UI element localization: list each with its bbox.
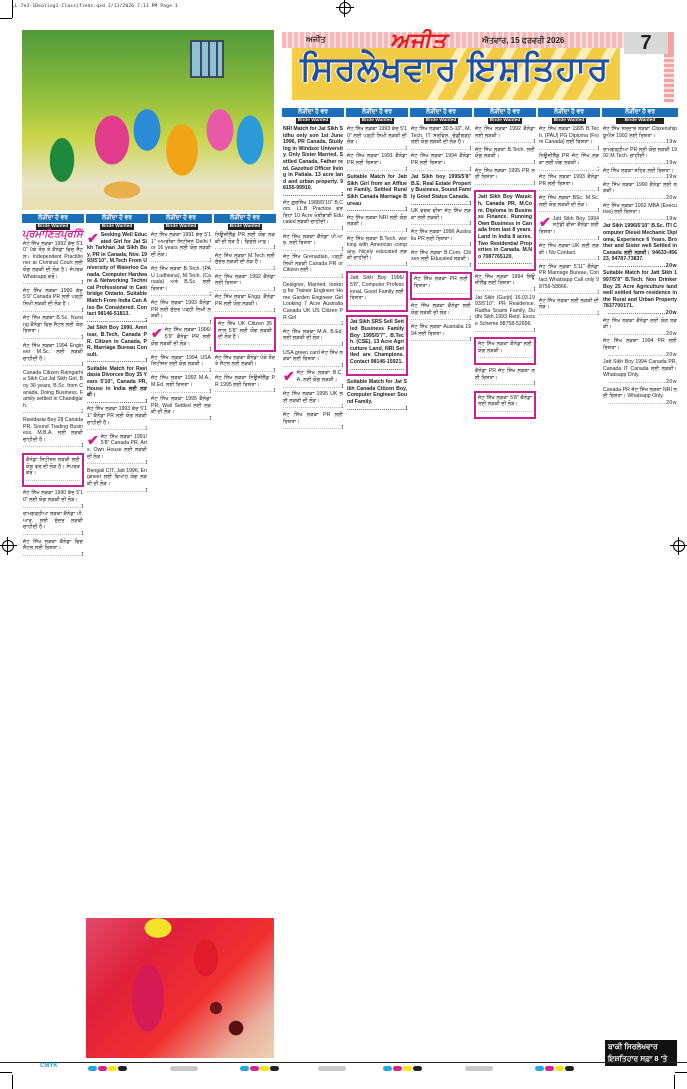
crop-mark <box>12 0 13 18</box>
ad-text: ਜੱਟ ਸਿੱਖ ਲੜਕਾ 1991 ਕੈਨੇਡਾ PR ਲਈ ਰਿਸ਼ਤਾ। <box>347 153 407 166</box>
classified-ad: ਜੱਟ ਸਿੱਖ ਲੜਕਾ B.Tech. (PAU Ludhiana), M.… <box>150 266 212 299</box>
ad-text: ਰਾਮਗੜ੍ਹੀਆ ਲੜਕਾ ਕੈਨੇਡਾ ਪੀ.ਆਰ. ਲਈ ਸੁੰਦਰ ਲੜ… <box>23 511 83 530</box>
color-bar <box>88 1066 127 1072</box>
ad-code: ..............................18w <box>87 460 147 467</box>
checkmark-icon: ✔ <box>151 327 163 339</box>
ad-column: ਲੋੜੀਂਦਾ ਹੈ ਵਰBride Wantedਪ੍ਰਮਾਣਿਤਪ੍ਰਸਿੱਧ… <box>22 214 84 1054</box>
grey-bar <box>318 1066 346 1071</box>
column-subheader: Bride Wanted <box>228 224 262 230</box>
ad-text: ਜੱਟ ਸਿੱਖ ਲੜਕਾ 1994 PR ਲਈ ਰਿਸ਼ਤਾ। <box>603 338 677 351</box>
classified-ad: ਜੱਟ ਸਿੱਖ ਲੜਕਾ 1996 Australia PR ਲਈ ਰਿਸ਼ਤ… <box>410 229 472 249</box>
classified-ad: ਜੱਟ ਸਿੱਖ ਲੜਕਾ 1994 ਕੈਨੇਡਾ PR ਲਈ ਰਿਸ਼ਤਾ।.… <box>410 153 472 173</box>
crop-mark <box>674 1075 675 1089</box>
boxed-classified-ad: ਜੱਟ ਸਿੱਖ ਲੜਕਾ 5'8" ਕੈਨੇਡਾ ਲਈ ਲੜਕੀ ਦੀ ਲੋੜ… <box>474 391 536 419</box>
ad-code: ..............................17w <box>539 256 599 263</box>
ad-code: ..............................19w <box>215 388 275 395</box>
checkmark-icon: ✔ <box>539 216 551 228</box>
classified-ad: ਜੱਟ ਸਿੱਖ ਲੜਕਾ ਸ਼ਹਿਰ ਲਈ ਰਿਸ਼ਤਾ।..........… <box>602 168 678 181</box>
ad-text: Canada Citizen Ramgarhia Sikh Cut Jat Si… <box>23 370 83 409</box>
ad-text: ਜੱਟ ਸਿੱਖ ਲੜਕਾ 5'8" ਕੈਨੇਡਾ ਲਈ ਲੜਕੀ ਦੀ ਲੋੜ… <box>478 395 532 408</box>
ad-code: ..............................20w <box>215 266 275 273</box>
registration-mark-icon <box>2 540 14 552</box>
ad-text: Suitable Match for Jatt Sikh 1997/5'9" B… <box>603 270 677 309</box>
ad-text: ਕੈਨੇਡਾ ਸਿਟੀਜ਼ਨ ਲੜਕੀ ਲਈ ਯੋਗ ਵਰ ਦੀ ਲੋੜ ਹੈ।… <box>26 457 80 476</box>
ad-text: Suitable Match for Ravidasia Divorcee Bo… <box>87 366 147 398</box>
boxed-classified-ad: ਜੱਟ ਸਿੱਖ UK Citizen 35 ਸਾਲ 5'8" ਲਈ ਯੋਗ ਲ… <box>214 317 276 351</box>
ad-text: USA green card ਜੱਟ ਸਿੱਖ ਲੜਕਾ ਲਈ ਰਿਸ਼ਤਾ। <box>283 350 343 363</box>
classified-ad: ਜੱਟ ਸਿੱਖ ਲੜਕਾ 1993 ਕੱਦ 5'11" ਕੈਨੇਡਾ PR ਲ… <box>86 406 148 432</box>
ad-code: ..............................21w <box>350 366 404 373</box>
ad-text: ਜੱਟ ਸਿੱਖ ਲੜਕਾ 1991 ਕੱਦ 5'11" ਅਮਰੀਕਾ ਸਿਟੀ… <box>151 232 211 258</box>
classified-ad: ਜੱਟ ਸਿੱਖ ਲੜਕਾ 1994 USA ਸਿਟੀਜ਼ਨ ਲਈ ਯੋਗ ਲੜ… <box>150 355 212 375</box>
ad-text: ਜੱਟ ਸਿੱਖ ਲੜਕਾ 1992 MBA (Executive) ਲਈ ਰਿ… <box>603 203 677 216</box>
ad-text: ਜੱਟ ਸਿੱਖ ਲੜਕਾ 1993 ਕੈਨੇਡਾ PR ਲਈ ਸੁੰਦਰ ਪੜ… <box>151 300 211 319</box>
ad-code: ..............................20w <box>283 274 343 281</box>
ad-text: ਜੱਟ ਸਿੱਖ ਲੜਕਾ Australia 1994 ਲਈ ਰਿਸ਼ਤਾ। <box>411 324 471 337</box>
ad-text: ਜੱਟ ਸਿੱਖ ਲੜਕਾ 1992 ਕੈਨੇਡਾ ਲਈ ਰਿਸ਼ਤਾ। <box>215 274 275 287</box>
ad-code: ..............................20w <box>283 192 343 199</box>
registration-mark-icon <box>339 2 351 14</box>
classified-ad: ✔ਜੱਟ ਸਿੱਖ ਲੜਕਾ 1996/5'9" ਕੈਨੇਡਾ PR ਲਈ ਯੋ… <box>150 327 212 353</box>
classified-ad: Bengali CIT, Jatt 1996, Engineer ਲਈ ਵਿਆਹ… <box>86 468 148 494</box>
boxed-classified-ad: Jatt Sikh Boy 1996/5'8", Computer Profes… <box>346 271 408 312</box>
classified-ad: ਜੱਟ ਸਿੱਖ ਲੜਕਾ 1994 Engineer M.Sc. ਲਈ ਲੜਕ… <box>22 343 84 369</box>
ad-code: ..............................19w <box>87 399 147 406</box>
ad-code: ..............................19w <box>151 320 211 327</box>
ad-text: Ravidasia Boy 28 Canada PR, Sound Tradin… <box>23 417 83 443</box>
ad-text: ਜੱਟ ਸਿੱਖ ਲੜਕਾ NRI ਲਈ ਯੋਗ ਲੜਕੀ। <box>347 215 407 228</box>
classified-ad: ਜੱਟ ਸਿੱਖ ਲੜਕਾ 1994 ਨਿਊਜ਼ੀਲੈਂਡ ਲਈ ਰਿਸ਼ਤਾ।… <box>474 274 536 294</box>
checkmark-icon: ✔ <box>283 370 295 382</box>
classified-ad: ਜੱਟ ਸਿੱਖ ਲੜਕਾ B.Tech. working with Ameri… <box>346 236 408 269</box>
ad-text: ਜੱਟ ਸਿੱਖ UK Citizen 35 ਸਾਲ 5'8" ਲਈ ਯੋਗ ਲ… <box>218 321 272 340</box>
ad-code: ..............................19w <box>283 425 343 432</box>
classified-ad: Designer, Married, looking for Trainer E… <box>282 282 344 328</box>
ad-text: ਜੱਟ ਸਿੱਖ ਲੜਕਾ 1995 PR ਲਈ ਰਿਸ਼ਤਾ। <box>475 168 535 181</box>
ad-text: ਜੱਟ ਸਿੱਖ ਲੜਕਾ 1990 ਕੱਦ 5'10" ਲਈ ਯੋਗ ਲੜਕੀ… <box>23 490 83 503</box>
ad-text: ਜੱਟ ਸਿੱਖ ਲੜਕਾ ਕੈਨੇਡਾ ਪੱਕੇ ਤੌਰ ਤੇ ਸੈਟਲ ਲਈ… <box>215 355 275 368</box>
bottom-photo-wedding-bangles <box>86 918 274 1058</box>
ad-text: ਜੱਟ ਸਿੱਖ ਲੜਕਾ B.Tech. ਲਈ ਯੋਗ ਲੜਕੀ। <box>475 147 535 160</box>
ad-code: ..............................19w <box>283 247 343 254</box>
classified-ad: ਜੱਟ ਸਿੱਖ ਲੜਕਾ ਲਈ ਲੜਕੀ ਦੀ ਲੋੜ।...........… <box>538 298 600 318</box>
boxed-classified-ad: Jat Sikh SRS Sell Settled Business Famil… <box>346 315 408 376</box>
ad-text: Jatt Sikh Boy Waraich, Canada PR, M.Com.… <box>478 194 532 259</box>
checkmark-icon: ✔ <box>87 232 99 244</box>
classified-ad: Suitable Match for Jat Sikh Canada Citiz… <box>346 379 408 412</box>
classified-ad: ਜੱਟ ਸਿੱਖ ਲੜਕਾ 1991 ਕੈਨੇਡਾ PR ਲਈ ਰਿਸ਼ਤਾ।.… <box>346 153 408 173</box>
classified-ad: Canada Citizen Ramgarhia Sikh Cut Jat Si… <box>22 370 84 416</box>
ad-text: ਜੱਟ ਸਿੱਖ ਲੜਕਾ ਕੈਨੇਡਾ ਵਿਚ ਸੈਟਲ ਲਈ ਰਿਸ਼ਤਾ। <box>23 539 83 552</box>
section-header: ਅਜੀਤ ਅਜੀਤ ਐਤਵਾਰ, 15 ਫਰਵਰੀ 2026 7 ਸਿਰਲੇਖਵ… <box>282 32 678 102</box>
ad-code: ..............................19w <box>603 174 677 181</box>
classified-ad: ਜੱਟ ਸਿੱਖ ਲੜਕਾ 1993 ਕੈਨੇਡਾ PR ਲਈ ਰਿਸ਼ਤਾ।.… <box>538 174 600 194</box>
classified-ad: Jatt Sikh Boy 1994 Canada PR, Canada IT … <box>602 359 678 385</box>
ad-code: ..............................21w <box>283 404 343 411</box>
classified-ad: ਜੱਟ ਸਿੱਖ ਲੜਕਾ 1995 B.Tech. (PAU) PG Dipl… <box>538 126 600 152</box>
ad-column: ਲੋੜੀਂਦਾ ਹੈ ਵਰBride Wantedਜੱਟ ਸਿੱਖ ਸਰਦਾਰ … <box>602 108 678 1038</box>
classified-ad: ✔Jatt Sikh Boy 1994 ਸਟੱਡੀ ਵੀਜ਼ਾ ਕੈਨੇਡਾ ਲ… <box>538 216 600 242</box>
classified-ad: ਜੱਟ ਸਿੱਖ ਲੜਕਾ 1992 ਕੈਨੇਡਾ ਲਈ ਰਿਸ਼ਤਾ।....… <box>214 274 276 294</box>
ad-text: Bengali CIT, Jatt 1996, Engineer ਲਈ ਵਿਆਹ… <box>87 468 147 487</box>
ad-text: ਜੱਟ ਸਿੱਖ ਲੜਕਾ 1996 Australia PR ਲਈ ਰਿਸ਼ਤ… <box>411 229 471 242</box>
ad-code: ..............................20w <box>151 368 211 375</box>
ad-text: ਜੱਟ ਸਿੱਖ ਲੜਕਾ ਕੈਨੇਡਾ ਪੀ.ਆਰ. ਲਈ ਰਿਸ਼ਤਾ। <box>283 234 343 247</box>
ad-text: ਜੱਟ ਸਿੱਖ ਲੜਕਾ B.C.A. ਲਈ ਯੋਗ ਲੜਕੀ। <box>297 370 343 383</box>
classified-ad: ਜੱਟ ਸਿੱਖ ਸਰਦਾਰ ਲੜਕਾ Citizenship ਯੂਐਸ 199… <box>602 126 678 146</box>
classified-ad: ਜੱਟ ਸਿੱਖ ਲੜਕਾ ਕੈਨੇਡਾ ਲਈ ਯੋਗ ਲੜਕੀ ਦੀ ਲੋੜ।… <box>410 303 472 323</box>
ad-column: ਲੋੜੀਂਦਾ ਹੈ ਵਰBride Wantedਨਿਊਜ਼ੀਲੈਂਡ PR ਲ… <box>214 214 276 914</box>
column-header: ਲੋੜੀਂਦਾ ਹੈ ਵਰ <box>282 108 344 117</box>
paper-label: ਅਜੀਤ <box>306 35 326 45</box>
classified-ad: ਜੱਟ ਸਿੱਖ ਲੜਕਾ BSc. M.Sc. ਲਈ ਯੋਗ ਲੜਕੀ ਦੀ … <box>538 195 600 215</box>
ad-code: ..............................20w <box>603 400 677 407</box>
color-bar <box>383 1066 422 1072</box>
ad-code: ..............................19w <box>539 146 599 153</box>
ad-column: ਲੋੜੀਂਦਾ ਹੈ ਵਰBride Wantedਜੱਟ ਸਿੱਖ ਲੜਕਾ 1… <box>538 108 600 1058</box>
column-header: ਲੋੜੀਂਦਾ ਹੈ ਵਰ <box>86 214 148 223</box>
ad-text: Jat Sikh Boy 1990, Amritsar, B.Tech, Can… <box>87 325 147 357</box>
column-header: ਲੋੜੀਂਦਾ ਹੈ ਵਰ <box>474 108 536 117</box>
ad-code: ..............................19w <box>218 341 272 348</box>
ad-code: ..............................19w <box>478 408 532 415</box>
ad-code: ..............................21w <box>350 302 404 309</box>
ad-text: ਜੱਟ ਸਿੱਖ ਲੜਕਾ 1994 Engineer M.Sc. ਲਈ ਲੜਕ… <box>23 343 83 362</box>
ad-code: ..............................19w <box>347 228 407 235</box>
classified-ad: ਜੱਟ ਸਿੱਖ ਲੜਕਾ ਕੈਨੇਡਾ ਲਈ ਯੋਗ ਲੜਕੀ।.......… <box>602 318 678 338</box>
ad-code: ..............................21w <box>151 258 211 265</box>
ad-text: Jatt Sikh Boy 1994 Canada PR, Canada IT … <box>603 359 677 378</box>
column-subheader: Bride Wanted <box>616 118 664 124</box>
ad-column: ਲੋੜੀਂਦਾ ਹੈ ਵਰBride WantedNRI Match for J… <box>282 108 344 1058</box>
classified-ad: ਜੱਟ ਸਿੱਖ ਲੜਕਾ UK ਲਈ ਲੜਕੀ। No Contact....… <box>538 243 600 263</box>
title-band: ਸਿਰਲੇਖਵਾਰ ਇਸ਼ਤਿਹਾਰ <box>292 48 620 100</box>
ad-text: ਜੱਟ ਸਿੱਖ ਲੜਕਾ ਕੈਨੇਡਾ ਲਈ ਯੋਗ ਲੜਕੀ ਦੀ ਲੋੜ। <box>411 303 471 316</box>
checkmark-icon: ✔ <box>87 434 99 446</box>
ad-code: ..............................17w <box>23 443 83 450</box>
ad-code: ..............................19w <box>411 146 471 153</box>
classified-ad: ਜੱਟ ਸਿੱਖ ਲੜਕਾ PR ਲਈ ਰਿਸ਼ਤਾ।.............… <box>282 412 344 432</box>
ad-text: ਜੱਟ ਸਿੱਖ ਸਰਦਾਰ ਲੜਕਾ Citizenship ਯੂਐਸ 199… <box>603 126 677 139</box>
classified-ad: NRI Match for Jat Sikh Sidhu only son 1s… <box>282 126 344 199</box>
classified-ad: ਜੱਟ ਸਿੱਖ ਲੜਕਾ 1994 PR ਲਈ ਰਿਸ਼ਤਾ।........… <box>602 338 678 358</box>
classified-ad: ਜੱਟ ਸਿੱਖ ਲੜਕਾ 1995 ਕੈਨੇਡਾ PR, Wall Settl… <box>150 396 212 422</box>
classified-ad: ਜੱਟ ਸਿੱਖ ਲੜਕਾ NRI ਲਈ ਯੋਗ ਲੜਕੀ।..........… <box>346 215 408 235</box>
classified-ad: Suitable Match for Ravidasia Divorcee Bo… <box>86 366 148 406</box>
ad-code: ..............................17w <box>23 280 83 287</box>
ad-text: ਜੱਟ ਸਿੱਖ ਲੜਕਾ PR ਲਈ ਰਿਸ਼ਤਾ। <box>414 276 468 289</box>
ad-text: NRI Match for Jat Sikh Sidhu only son 1s… <box>283 126 343 191</box>
boxed-classified-ad: ਜੱਟ ਸਿੱਖ ਲੜਕਾ ਕੈਨੇਡਾ ਲਈ ਯੋਗ ਲੜਕੀ।.......… <box>474 337 536 365</box>
column-header: ਲੋੜੀਂਦਾ ਹੈ ਵਰ <box>602 108 678 117</box>
ad-text: ਜੱਟ ਸਿੱਖ ਲੜਕਾ PR ਲਈ ਰਿਸ਼ਤਾ। <box>283 412 343 425</box>
classified-ad: ਜੱਟ ਸਿੱਖ ਲੜਕਾ 1990 ਕੱਦ 5'9" Canada PR ਲਈ… <box>22 288 84 314</box>
ad-text: Suitable Match for Jat Sikh Canada Citiz… <box>347 379 407 405</box>
classified-ad: ਜੱਟ ਸਿੱਖ ਲੜਕਾ Engg. ਕੈਨੇਡਾ PR ਲਈ ਯੋਗ ਲੜਕ… <box>214 294 276 314</box>
ad-code: ..............................19w <box>347 207 407 214</box>
ad-code: ..............................20w <box>603 331 677 338</box>
ad-code: ..............................17w <box>215 245 275 252</box>
ad-text: UK ਵਰਕ ਵੀਜ਼ਾ ਜੱਟ ਸਿੱਖ ਲੜਕਾ ਲਈ ਲੜਕੀ। <box>411 208 471 221</box>
ad-code: ..............................17w <box>411 201 471 208</box>
ad-code: ..............................19w <box>603 139 677 146</box>
ad-text: ਜੱਟ ਗੁਰਸਿੱਖ 1988/5'10" B.Com. LL.B Pract… <box>283 200 343 226</box>
classified-ad: ਜੱਟ ਸਿੱਖ ਲੜਕਾ ਨਿਊਜ਼ੀਲੈਂਡ PR 1995 ਲਈ ਰਿਸ਼… <box>214 375 276 395</box>
ad-code: ..............................19w <box>411 337 471 344</box>
classified-ad: ਜੱਟ ਗੁਰਸਿੱਖ 1988/5'10" B.Com. LL.B Pract… <box>282 200 344 233</box>
ad-text: ਜੱਟ ਸਿੱਖ ਲੜਕਾ 1995 B.Tech. (PAU) PG Dipl… <box>539 126 599 145</box>
ad-code: ..............................17w <box>283 384 343 391</box>
classified-ad: ਨਿਊਜ਼ੀਲੈਂਡ PR ਜੱਟ ਸਿੱਖ ਲੜਕਾ ਲਈ ਯੋਗ ਲੜਕੀ।… <box>538 153 600 173</box>
ad-text: ਜੱਟ ਸਿੱਖ ਲੜਕਾ 1992 M.A., M.Ed. ਲਈ ਰਿਸ਼ਤਾ… <box>151 375 211 388</box>
crop-mark <box>12 1075 13 1089</box>
ad-code: ..............................19w <box>411 263 471 270</box>
ad-text: ਜੱਟ ਸਿੱਖ ਲੜਕਾ ਲਈ ਲੜਕੀ ਦੀ ਲੋੜ। <box>539 298 599 311</box>
ad-code: ..............................19w <box>603 216 677 223</box>
ad-code: ..............................19w <box>411 167 471 174</box>
ad-text: ਜੱਟ ਸਿੱਖ ਲੜਕਾ 5'11" ਕੈਨੇਡਾ PR Marriage B… <box>539 264 599 290</box>
column-subheader: Bride Wanted <box>100 224 134 230</box>
ad-code: ..............................20w <box>478 260 532 267</box>
boxed-classified-ad: ਕੈਨੇਡਾ ਸਿਟੀਜ਼ਨ ਲੜਕੀ ਲਈ ਯੋਗ ਵਰ ਦੀ ਲੋੜ ਹੈ।… <box>22 453 84 487</box>
classified-ad: ਜੱਟ ਸਿੱਖ Grenadian, ਪੜ੍ਹੀ ਲਿਖੀ ਲੜਕੀ Cana… <box>282 254 344 280</box>
ad-text: ਨਿਊਜ਼ੀਲੈਂਡ PR ਜੱਟ ਸਿੱਖ ਲੜਕਾ ਲਈ ਯੋਗ ਲੜਕੀ। <box>539 153 599 166</box>
classified-ad: ਜੱਟ ਸਿੱਖ ਲੜਕਾ B.Com. Citizen ਲਈ Educated… <box>410 250 472 270</box>
classified-ad: ਕੈਨੇਡਾ PR ਜੱਟ ਸਿੱਖ ਲੜਕਾ ਲਈ ਰਿਸ਼ਤਾ।......… <box>474 368 536 388</box>
ad-text: ਜੱਟ ਸਿੱਖ ਲੜਕਾ ਕੈਨੇਡਾ ਲਈ ਯੋਗ ਲੜਕੀ। <box>603 318 677 331</box>
ad-code: ..............................17w <box>23 362 83 369</box>
ad-code: ..............................19w <box>215 308 275 315</box>
ad-code: ..............................17w <box>539 236 599 243</box>
ad-text: Canada PR ਜੱਟ ਸਿੱਖ ਲੜਕਾ NRI ਲਈ ਰਿਸ਼ਤਾ। W… <box>603 387 677 400</box>
section-title: ਸਿਰਲੇਖਵਾਰ ਇਸ਼ਤਿਹਾਰ <box>300 50 609 89</box>
crop-mark <box>0 1072 12 1073</box>
classified-ad: Jat Sikh 1996/5'10" B.Sc. ITI Computer D… <box>602 223 678 269</box>
ad-text: Jat Sikh boy 1995/5'8" B.E. Real Estate … <box>411 174 471 200</box>
color-bar <box>535 1066 574 1072</box>
ad-code: ..............................19w <box>215 368 275 375</box>
ad-code: ..............................19w <box>411 221 471 228</box>
classified-ad: ਜੱਟ ਸਿੱਖ ਲੜਕਾ 1993 ਕੱਦ 5'10" ਲਈ ਪੜ੍ਹੀ ਲਿ… <box>346 126 408 152</box>
ad-code: ..............................18w <box>87 488 147 495</box>
classified-ad: ਜੱਟ ਸਿੱਖ ਲੜਕਾ Australia 1994 ਲਈ ਰਿਸ਼ਤਾ।.… <box>410 324 472 344</box>
ad-code: ..............................19w <box>347 262 407 269</box>
ad-column: ਲੋੜੀਂਦਾ ਹੈ ਵਰBride Wanted✔Seeking Well E… <box>86 214 148 914</box>
ad-code: ..............................19w <box>26 477 80 484</box>
ad-code: ..............................19w <box>475 139 535 146</box>
crop-mark <box>0 18 12 19</box>
column-subheader: Bride Wanted <box>488 118 522 124</box>
ad-code: ..............................20w <box>603 310 677 317</box>
ad-column: ਲੋੜੀਂਦਾ ਹੈ ਵਰBride Wantedਜੱਟ ਸਿੱਖ ਲੜਕਾ 1… <box>150 214 212 914</box>
ad-text: ਜੱਟ ਸਿੱਖ ਲੜਕਾ B.Com. Citizen ਲਈ Educated… <box>411 250 471 263</box>
ad-code: ..............................20w <box>603 352 677 359</box>
print-slug: LL-7e3-1Dealing1-Classifieds.qxd 2/11/20… <box>12 4 178 9</box>
classified-ad: ਜੱਟ ਸਿੱਖ ਲੜਕਾ 1992 M.A., M.Ed. ਲਈ ਰਿਸ਼ਤਾ… <box>150 375 212 395</box>
classified-ad: ਜੱਟ ਸਿੱਖ ਲੜਕਾ ਕੈਨੇਡਾ ਵਿਚ ਸੈਟਲ ਲਈ ਰਿਸ਼ਤਾ।… <box>22 539 84 559</box>
ad-text: ਨਿਊਜ਼ੀਲੈਂਡ PR ਲਈ ਯੋਗ ਲੜਕੀ ਦੀ ਲੋੜ ਹੈ। ਵਿਚ… <box>215 232 275 245</box>
ad-text: ਰਾਮਗੜ੍ਹੀਆ PR ਲਈ ਯੋਗ ਲੜਕੀ 1992 M.Tech. ਚਾ… <box>603 147 677 160</box>
classified-ad: ਜੱਟ ਸਿੱਖ ਲੜਕਾ 5'11" ਕੈਨੇਡਾ PR Marriage B… <box>538 264 600 297</box>
ad-column: ਲੋੜੀਂਦਾ ਹੈ ਵਰBride Wantedਜੱਟ ਸਿੱਖ ਲੜਕਾ 3… <box>410 108 472 1058</box>
ad-code: ..............................17w <box>283 342 343 349</box>
ad-code: ..............................17w <box>23 531 83 538</box>
ad-code: ..............................20w <box>539 167 599 174</box>
classified-ad: ਜੱਟ ਸਿੱਖ ਲੜਕਾ M.Tech ਲਈ ਸੁੰਦਰ ਲੜਕੀ ਦੀ ਲੋ… <box>214 253 276 273</box>
issue-date: ਐਤਵਾਰ, 15 ਫਰਵਰੀ 2026 <box>482 36 564 46</box>
ad-code: ..............................19w <box>475 381 535 388</box>
ad-text: ਜੱਟ ਸਿੱਖ ਲੜਕਾ 1992 ਕੈਨੇਡਾ ਲਈ ਲੜਕੀ। <box>475 126 535 139</box>
ad-code: ..............................20w <box>23 409 83 416</box>
classified-ad: ਨਿਊਜ਼ੀਲੈਂਡ PR ਲਈ ਯੋਗ ਲੜਕੀ ਦੀ ਲੋੜ ਹੈ। ਵਿਚ… <box>214 232 276 252</box>
classified-ad: ਜੱਟ ਸਿੱਖ ਲੜਕਾ 30.5-10", M.Tech. IT ਸਰਵਿਸ… <box>410 126 472 152</box>
ad-text: Jatt Sikh Boy 1996/5'8", Computer Profes… <box>350 275 404 301</box>
ad-code: ..............................17w <box>283 363 343 370</box>
classified-ad: Jat Sikh Boy 1990, Amritsar, B.Tech, Can… <box>86 325 148 365</box>
page-number: 7 <box>624 32 674 54</box>
ad-code: ..............................19w <box>151 389 211 396</box>
ad-code: ..............................19w <box>478 354 532 361</box>
ad-code: ..............................17w <box>215 287 275 294</box>
ad-text: ਜੱਟ ਸਿੱਖ ਲੜਕਾ M.Tech ਲਈ ਸੁੰਦਰ ਲੜਕੀ ਦੀ ਲੋ… <box>215 253 275 266</box>
ad-text: ਜੱਟ ਸਿੱਖ ਲੜਕਾ B.Tech. (PAU Ludhiana), M.… <box>151 266 211 292</box>
column-subheader: Bride Wanted <box>552 118 586 124</box>
ad-text: ਜੱਟ ਸਿੱਖ ਲੜਕਾ B.Tech. working with Ameri… <box>347 236 407 262</box>
ad-code: ..............................19w <box>283 226 343 233</box>
ad-text: ਜੱਟ ਸਿੱਖ ਲੜਕਾ Engg. ਕੈਨੇਡਾ PR ਲਈ ਯੋਗ ਲੜਕ… <box>215 294 275 307</box>
classified-ad: ਰਾਮਗੜ੍ਹੀਆ PR ਲਈ ਯੋਗ ਲੜਕੀ 1992 M.Tech. ਚਾ… <box>602 147 678 167</box>
ad-code: ..............................21w <box>283 321 343 328</box>
classified-ad: ਜੱਟ ਸਿੱਖ ਲੜਕਾ 1990 ਕੈਨੇਡਾ ਲਈ ਲੜਕੀ।......… <box>602 182 678 202</box>
classified-ad: UK ਵਰਕ ਵੀਜ਼ਾ ਜੱਟ ਸਿੱਖ ਲੜਕਾ ਲਈ ਲੜਕੀ।.....… <box>410 208 472 228</box>
ad-text: ਜੱਟ ਸਿੱਖ ਲੜਕਾ UK ਲਈ ਲੜਕੀ। No Contact. <box>539 243 599 256</box>
ad-code: ..............................19w <box>475 181 535 188</box>
column-header: ਲੋੜੀਂਦਾ ਹੈ ਵਰ <box>346 108 408 117</box>
ad-code: ..............................19w <box>23 552 83 559</box>
classified-ad: ਜੱਟ ਸਿੱਖ ਲੜਕਾ 1992 MBA (Executive) ਲਈ ਰਿ… <box>602 203 678 223</box>
ad-code: ..............................19w <box>539 208 599 215</box>
ad-code: ..............................19w <box>347 406 407 413</box>
classified-ad: ✔ਜੱਟ ਸਿੱਖ ਲੜਕਾ 1991/5'8" Canada PR, Arts… <box>86 434 148 467</box>
column-header: ਲੋੜੀਂਦਾ ਹੈ ਵਰ <box>410 108 472 117</box>
ad-text: Designer, Married, looking for Trainer E… <box>283 282 343 321</box>
ad-text: ਜੱਟ ਸਿੱਖ ਲੜਕਾ ਕੈਨੇਡਾ ਲਈ ਯੋਗ ਲੜਕੀ। <box>478 341 532 354</box>
classified-ad: ਜੱਟ ਸਿੱਖ ਲੜਕਾ B.Tech. ਲਈ ਯੋਗ ਲੜਕੀ।......… <box>474 147 536 167</box>
ad-text: ਜੱਟ ਸਿੱਖ ਲੜਕਾ 1992 ਕੱਦ 5'10" ਪੱਕੇ ਤੌਰ ਤੇ… <box>23 241 83 280</box>
boxed-classified-ad: ਜੱਟ ਸਿੱਖ ਲੜਕਾ PR ਲਈ ਰਿਸ਼ਤਾ।.............… <box>410 272 472 300</box>
classified-ad: USA green card ਜੱਟ ਸਿੱਖ ਲੜਕਾ ਲਈ ਰਿਸ਼ਤਾ।.… <box>282 350 344 370</box>
ad-text: Seeking Well Educated Girl for Jat Sikh … <box>87 232 147 317</box>
ad-text: ਜੱਟ ਸਿੱਖ ਲੜਕਾ 1994 ਕੈਨੇਡਾ PR ਲਈ ਰਿਸ਼ਤਾ। <box>411 153 471 166</box>
decorative-stripe <box>664 54 674 102</box>
ad-text: ਜੱਟ ਸਿੱਖ ਲੜਕਾ ਸ਼ਹਿਰ ਲਈ ਰਿਸ਼ਤਾ। <box>603 168 674 174</box>
ad-text: ਜੱਟ ਸਿੱਖ ਲੜਕਾ 1993 ਕੱਦ 5'10" ਲਈ ਪੜ੍ਹੀ ਲਿ… <box>347 126 407 145</box>
classified-ad: ਜੱਟ ਸਿੱਖ ਲੜਕਾ B.Sc. Nursing ਕੈਨੇਡਾ ਵਿਚ ਸ… <box>22 315 84 341</box>
ad-code: ..............................19w <box>151 416 211 423</box>
promo-line-2: ਇਸ਼ਤਿਹਾਰ ਸਫ਼ਾ 8 'ਤੇ <box>608 1053 674 1065</box>
column-subheader: Bride Wanted <box>164 224 198 230</box>
ad-text: ਜੱਟ ਸਿੱਖ ਲੜਕਾ 1990 ਕੈਨੇਡਾ ਲਈ ਲੜਕੀ। <box>603 182 677 195</box>
classified-ad: Jat Sikh boy 1995/5'8" B.E. Real Estate … <box>410 174 472 207</box>
ad-text: ਜੱਟ ਸਿੱਖ ਲੜਕਾ 1993 ਕੈਨੇਡਾ PR ਲਈ ਰਿਸ਼ਤਾ। <box>539 174 599 187</box>
ad-code: ..............................23w <box>87 426 147 433</box>
classified-ad: ਜੱਟ ਸਿੱਖ ਲੜਕਾ 1991 ਕੱਦ 5'11" ਅਮਰੀਕਾ ਸਿਟੀ… <box>150 232 212 265</box>
classified-ad: ✔Seeking Well Educated Girl for Jat Sikh… <box>86 232 148 324</box>
classified-ad: ਰਾਮਗੜ੍ਹੀਆ ਲੜਕਾ ਕੈਨੇਡਾ ਪੀ.ਆਰ. ਲਈ ਸੁੰਦਰ ਲੜ… <box>22 511 84 537</box>
color-bar <box>240 1066 279 1072</box>
masthead-strip: ਅਜੀਤ ਅਜੀਤ ਐਤਵਾਰ, 15 ਫਰਵਰੀ 2026 <box>282 32 624 48</box>
ad-code: ..............................20w <box>539 311 599 318</box>
classified-ad: Canada PR ਜੱਟ ਸਿੱਖ ਲੜਕਾ NRI ਲਈ ਰਿਸ਼ਤਾ। W… <box>602 387 678 407</box>
ad-code: ..............................17w <box>151 347 211 354</box>
ad-code: ..............................17w <box>475 287 535 294</box>
boxed-classified-ad: Jatt Sikh Boy Waraich, Canada PR, M.Com.… <box>474 190 536 271</box>
ad-text: ਜੱਟ ਸਿੱਖ ਲੜਕਾ M.A. B.Ed. ਲਈ ਲੜਕੀ ਦੀ ਲੋੜ। <box>283 329 343 342</box>
grey-bar <box>465 1066 493 1071</box>
ad-code: ..............................17w <box>23 335 83 342</box>
ad-code: ..............................20w <box>603 263 677 270</box>
ad-code: ..............................20w <box>539 290 599 297</box>
ad-code: ..............................17w <box>23 504 83 511</box>
ad-code: ..............................19w <box>87 358 147 365</box>
column-header: ਲੋੜੀਂਦਾ ਹੈ ਵਰ <box>214 214 276 223</box>
classified-ad: Suitable Match for Jatt Sikh Girl from a… <box>346 174 408 214</box>
classified-ad: ਜੱਟ ਸਿੱਖ ਲੜਕਾ 1995 UK ਲਈ ਲੜਕੀ ਦੀ ਲੋੜ।...… <box>282 391 344 411</box>
ad-text: ਜੱਟ ਸਿੱਖ ਲੜਕਾ BSc. M.Sc. ਲਈ ਯੋਗ ਲੜਕੀ ਦੀ … <box>539 195 599 208</box>
promo-line-1: ਬਾਕੀ ਸਿਰਲੇਖਵਾਰ <box>608 1041 674 1053</box>
ad-code: ..............................21w <box>87 318 147 325</box>
ad-text: ਜੱਟ ਸਿੱਖ ਲੜਕਾ ਨਿਊਜ਼ੀਲੈਂਡ PR 1995 ਲਈ ਰਿਸ਼… <box>215 375 275 388</box>
classified-ad: ਜੱਟ ਸਿੱਖ ਲੜਕਾ M.A. B.Ed. ਲਈ ਲੜਕੀ ਦੀ ਲੋੜ।… <box>282 329 344 349</box>
grey-bar <box>170 1066 198 1071</box>
ad-code: ..............................20w <box>603 195 677 202</box>
crop-mark <box>675 1072 687 1073</box>
ad-text: Jat Sikh SRS Sell Settled Business Famil… <box>350 319 404 365</box>
ad-code: ..............................19w <box>475 328 535 335</box>
ad-code: ..............................17w <box>414 290 468 297</box>
classified-ad: ਜੱਟ ਸਿੱਖ ਲੜਕਾ 1992 ਕੱਦ 5'10" ਪੱਕੇ ਤੌਰ ਤੇ… <box>22 241 84 287</box>
ad-code: ..............................19w <box>475 160 535 167</box>
ad-text: ਜੱਟ ਸਿੱਖ ਲੜਕਾ 1995 ਕੈਨੇਡਾ PR, Wall Settl… <box>151 396 211 415</box>
classified-ad: ✔ਜੱਟ ਸਿੱਖ ਲੜਕਾ B.C.A. ਲਈ ਯੋਗ ਲੜਕੀ।......… <box>282 370 344 390</box>
ad-code: ..............................17w <box>23 308 83 315</box>
classified-ad: ਜੱਟ ਸਿੱਖ ਲੜਕਾ ਕੈਨੇਡਾ ਪੀ.ਆਰ. ਲਈ ਰਿਸ਼ਤਾ।..… <box>282 234 344 254</box>
ad-code: ..............................19w <box>411 242 471 249</box>
classified-ad: Suitable Match for Jatt Sikh 1997/5'9" B… <box>602 270 678 316</box>
classified-ad: ਜੱਟ ਸਿੱਖ ਲੜਕਾ 1990 ਕੱਦ 5'10" ਲਈ ਯੋਗ ਲੜਕੀ… <box>22 490 84 510</box>
ad-column: ਲੋੜੀਂਦਾ ਹੈ ਵਰBride Wantedਜੱਟ ਸਿੱਖ ਲੜਕਾ 1… <box>346 108 408 1058</box>
ad-text: ਜੱਟ ਸਿੱਖ ਲੜਕਾ 1994 ਨਿਊਜ਼ੀਲੈਂਡ ਲਈ ਰਿਸ਼ਤਾ। <box>475 274 535 287</box>
column-header: ਲੋੜੀਂਦਾ ਹੈ ਵਰ <box>22 214 84 223</box>
classified-ad: ਜੱਟ ਸਿੱਖ ਲੜਕਾ ਕੈਨੇਡਾ ਪੱਕੇ ਤੌਰ ਤੇ ਸੈਟਲ ਲਈ… <box>214 355 276 375</box>
ad-text: Suitable Match for Jatt Sikh Girl from a… <box>347 174 407 206</box>
classified-ad: ਜੱਟ ਸਿੱਖ ਲੜਕਾ 1993 ਕੈਨੇਡਾ PR ਲਈ ਸੁੰਦਰ ਪੜ… <box>150 300 212 326</box>
ad-code: ..............................20w <box>347 146 407 153</box>
classified-ad: Ravidasia Boy 28 Canada PR, Sound Tradin… <box>22 417 84 450</box>
window-in-painting <box>190 40 224 78</box>
ad-text: ਜੱਟ ਸਿੱਖ ਲੜਕਾ 1995 UK ਲਈ ਲੜਕੀ ਦੀ ਲੋੜ। <box>283 391 343 404</box>
ad-text: Jat Sikh 1996/5'10" B.Sc. ITI Computer D… <box>603 223 677 262</box>
ad-code: ..............................19w <box>539 187 599 194</box>
ad-code: ..............................20w <box>411 316 471 323</box>
cmyk-label: CMYK <box>40 1063 58 1069</box>
ad-text: ਜੱਟ ਸਿੱਖ Grenadian, ਪੜ੍ਹੀ ਲਿਖੀ ਲੜਕੀ Cana… <box>283 254 343 273</box>
ad-text: ਜੱਟ ਸਿੱਖ ਲੜਕਾ 30.5-10", M.Tech. IT ਸਰਵਿਸ… <box>411 126 471 145</box>
promo-banner: ਪ੍ਰਮਾਣਿਤਪ੍ਰਸਿੱਧ <box>22 232 84 239</box>
footer-rule <box>0 1062 687 1063</box>
ad-text: ਜੱਟ ਸਿੱਖ ਲੜਕਾ B.Sc. Nursing ਕੈਨੇਡਾ ਵਿਚ ਸ… <box>23 315 83 334</box>
classified-ad: ਜੱਟ ਸਿੱਖ ਲੜਕਾ 1995 PR ਲਈ ਰਿਸ਼ਤਾ।........… <box>474 168 536 188</box>
